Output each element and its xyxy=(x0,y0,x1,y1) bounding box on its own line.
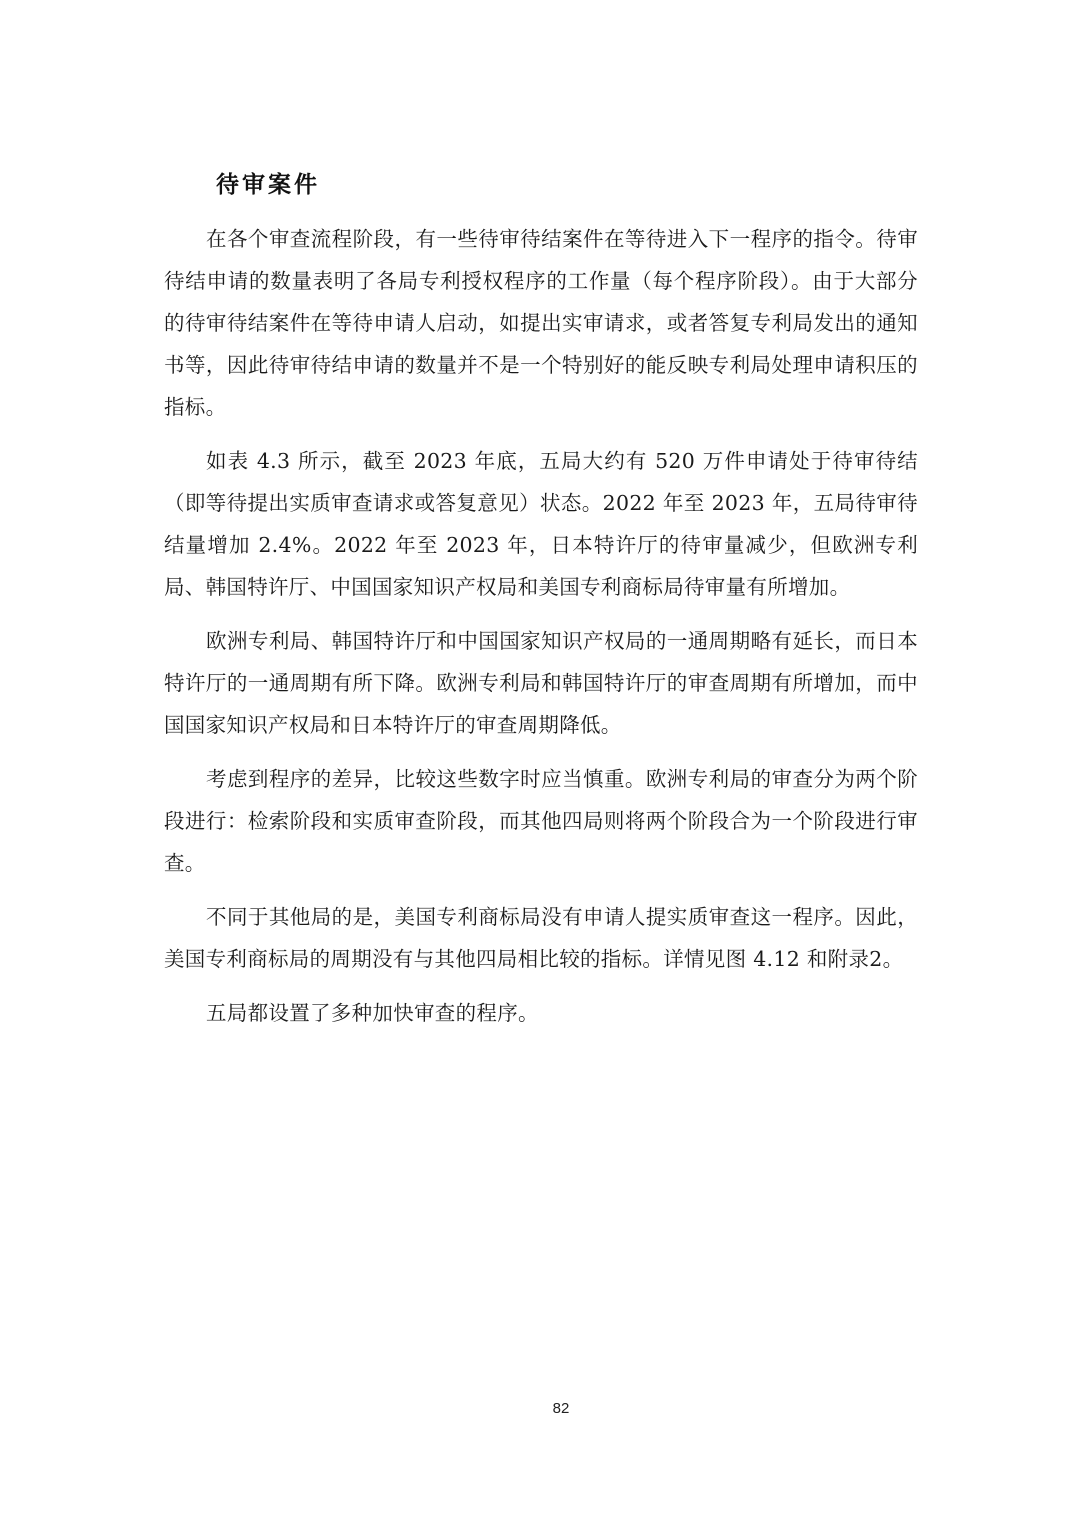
section-heading: 待审案件 xyxy=(216,166,320,199)
body-text: 在各个审查流程阶段，有一些待审待结案件在等待进入下一程序的指令。待审待结申请的数… xyxy=(164,218,918,1046)
paragraph-accelerated-examination: 五局都设置了多种加快审查的程序。 xyxy=(164,992,918,1034)
paragraph-pending-cases-intro: 在各个审查流程阶段，有一些待审待结案件在等待进入下一程序的指令。待审待结申请的数… xyxy=(164,218,918,428)
paragraph-pendency-trends: 欧洲专利局、韩国特许厅和中国国家知识产权局的一通周期略有延长，而日本特许厅的一通… xyxy=(164,620,918,746)
page-number: 82 xyxy=(0,1400,1080,1417)
paragraph-uspto-note: 不同于其他局的是，美国专利商标局没有申请人提实质审查这一程序。因此，美国专利商标… xyxy=(164,896,918,980)
document-page: 待审案件 在各个审查流程阶段，有一些待审待结案件在等待进入下一程序的指令。待审待… xyxy=(0,0,1080,1528)
paragraph-procedure-differences: 考虑到程序的差异，比较这些数字时应当慎重。欧洲专利局的审查分为两个阶段进行：检索… xyxy=(164,758,918,884)
paragraph-pending-statistics: 如表 4.3 所示，截至 2023 年底，五局大约有 520 万件申请处于待审待… xyxy=(164,440,918,608)
